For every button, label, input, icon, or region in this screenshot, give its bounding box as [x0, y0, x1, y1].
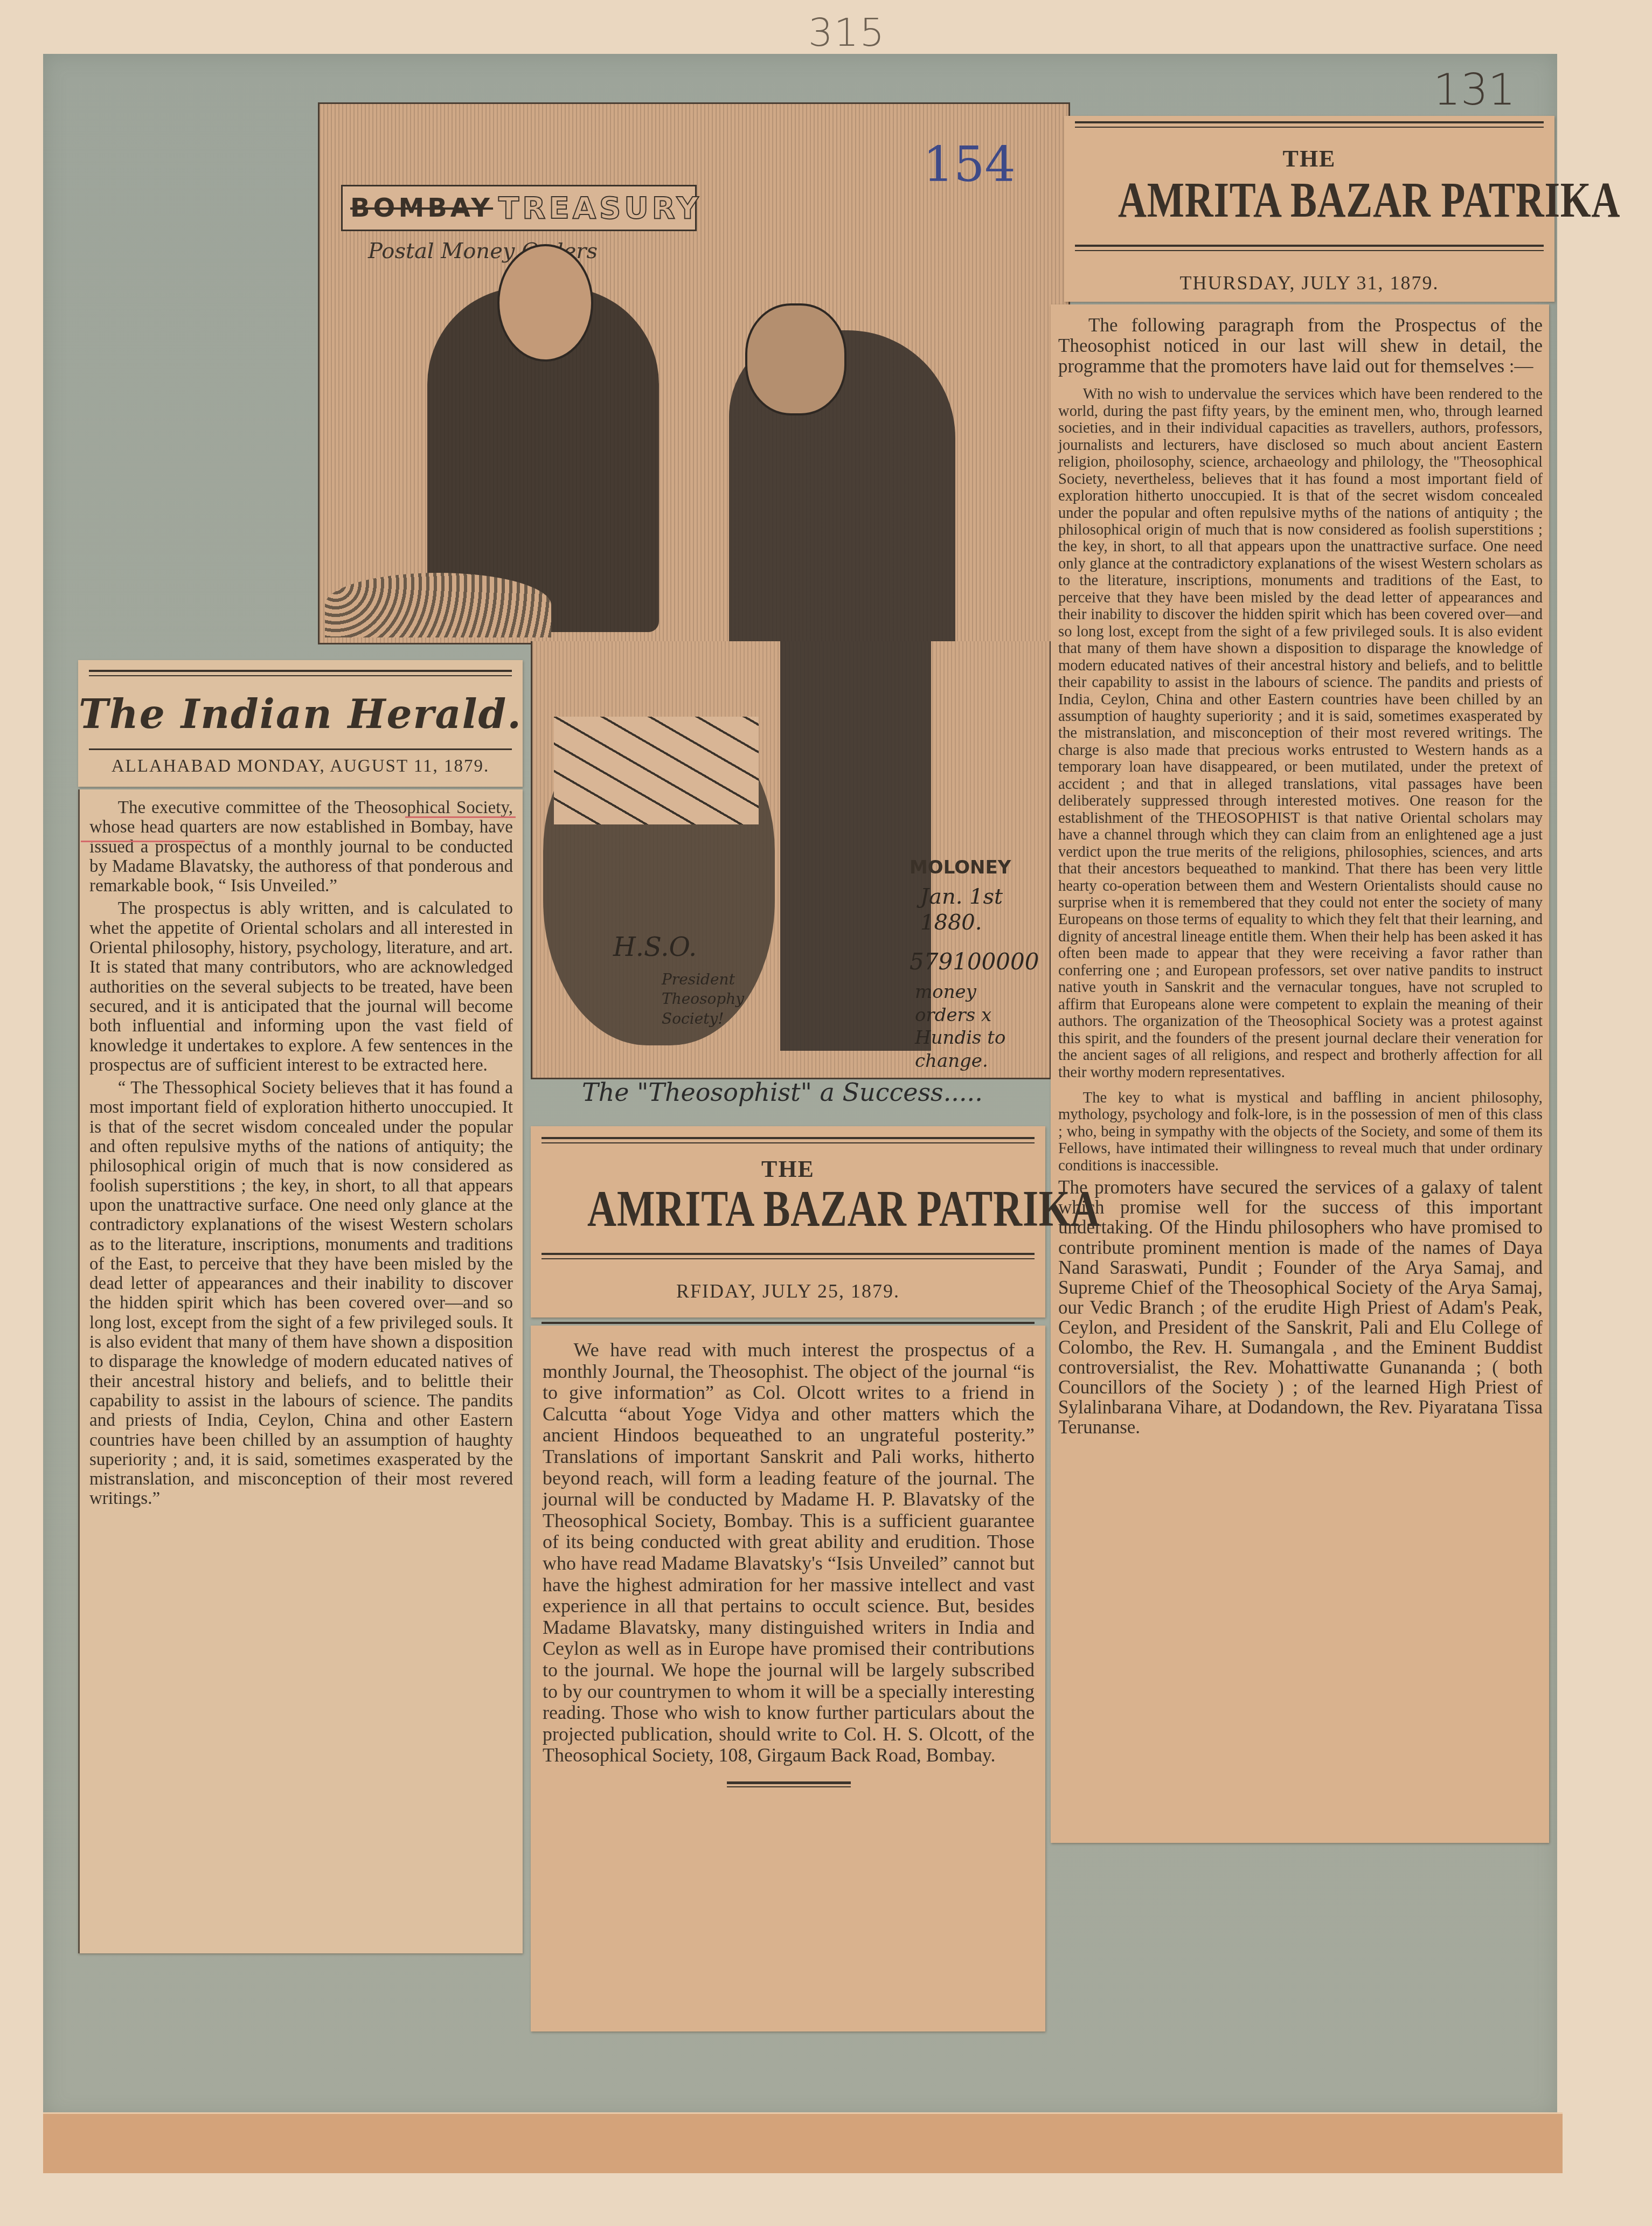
- cartoon-illustration: BOMBAY TREASURY Postal Money Orders 154: [318, 102, 1070, 644]
- masthead-title: AMRITA BAZAR PATRIKA: [1118, 175, 1501, 225]
- article-paragraph: The prospectus is ably written, and is c…: [89, 899, 513, 1075]
- indian-herald-dateline: ALLAHABAD MONDAY, AUGUST 11, 1879.: [78, 757, 523, 776]
- indian-herald-article: The executive committee of the Theosophi…: [78, 789, 523, 1953]
- header-rule: [1075, 121, 1544, 128]
- artist-signature: MOLONEY: [910, 857, 1011, 878]
- bag-label: H.S.O.: [613, 932, 697, 962]
- cartoon-lower: H.S.O. President Theosophy Society! MOLO…: [531, 641, 1051, 1079]
- article-paragraph: The executive committee of the Theosophi…: [89, 798, 513, 896]
- handwritten-note: money orders x Hundis to change.: [915, 981, 1039, 1072]
- banknotes: [554, 717, 759, 824]
- handwritten-date: Jan. 1st 1880.: [920, 884, 1007, 935]
- tape-strip: [43, 2112, 1563, 2173]
- indian-herald-header-clipping: The Indian Herald. ALLAHABAD MONDAY, AUG…: [78, 660, 523, 787]
- annotation-number: 154: [923, 136, 1016, 193]
- visitor-legs: [780, 641, 931, 1051]
- header-rule: [1075, 245, 1544, 251]
- end-rule: [727, 1781, 851, 1787]
- bag-handwritten-note: President Theosophy Society!: [662, 970, 753, 1029]
- masthead-the: THE: [1064, 145, 1554, 172]
- header-rule: [542, 1253, 1035, 1259]
- article-paragraph: The promoters have secured the services …: [1058, 1177, 1543, 1437]
- abp-july31-article: The following paragraph from the Prospec…: [1051, 304, 1549, 1843]
- cartoon-caption: The "Theosophist" a Success.....: [582, 1078, 983, 1107]
- page-number: 315: [808, 10, 885, 55]
- article-intro: The following paragraph from the Prospec…: [1058, 315, 1543, 376]
- abp-july31-dateline: THURSDAY, JULY 31, 1879.: [1064, 272, 1554, 294]
- header-rule: [542, 1137, 1035, 1143]
- abp-july25-dateline: RFIDAY, JULY 25, 1879.: [531, 1280, 1045, 1302]
- abp-july25-header-clipping: THE AMRITA BAZAR PATRIKA RFIDAY, JULY 25…: [531, 1126, 1045, 1317]
- red-pencil-underline: [405, 816, 516, 818]
- visitor-head: [745, 303, 846, 415]
- header-rule: [89, 670, 512, 676]
- sign-right-text: TREASURY: [498, 191, 702, 226]
- indian-herald-masthead: The Indian Herald.: [78, 691, 523, 738]
- abp-july25-article: We have read with much interest the pros…: [531, 1326, 1045, 2031]
- masthead-title: AMRITA BAZAR PATRIKA: [587, 1183, 989, 1235]
- abp-july31-masthead: THE AMRITA BAZAR PATRIKA: [1064, 145, 1554, 225]
- treasury-sign: BOMBAY TREASURY: [341, 185, 697, 231]
- article-paragraph: We have read with much interest the pros…: [543, 1340, 1035, 1766]
- handwritten-amount: 579100000: [910, 948, 1039, 975]
- sign-left-text: BOMBAY: [350, 193, 493, 223]
- coin-pile: [325, 573, 551, 637]
- masthead-the: THE: [531, 1155, 1045, 1183]
- abp-july31-header-clipping: THE AMRITA BAZAR PATRIKA THURSDAY, JULY …: [1064, 116, 1554, 302]
- board-number: 131: [1433, 65, 1516, 115]
- red-pencil-underline: [81, 841, 205, 842]
- article-paragraph: With no wish to undervalue the services …: [1058, 386, 1543, 1081]
- clerk-head: [497, 244, 593, 362]
- abp-july25-masthead: THE AMRITA BAZAR PATRIKA: [531, 1155, 1045, 1235]
- header-rule: [89, 748, 512, 750]
- article-paragraph: The key to what is mystical and baffling…: [1058, 1090, 1543, 1174]
- article-paragraph: “ The Thessophical Society believes that…: [89, 1078, 513, 1509]
